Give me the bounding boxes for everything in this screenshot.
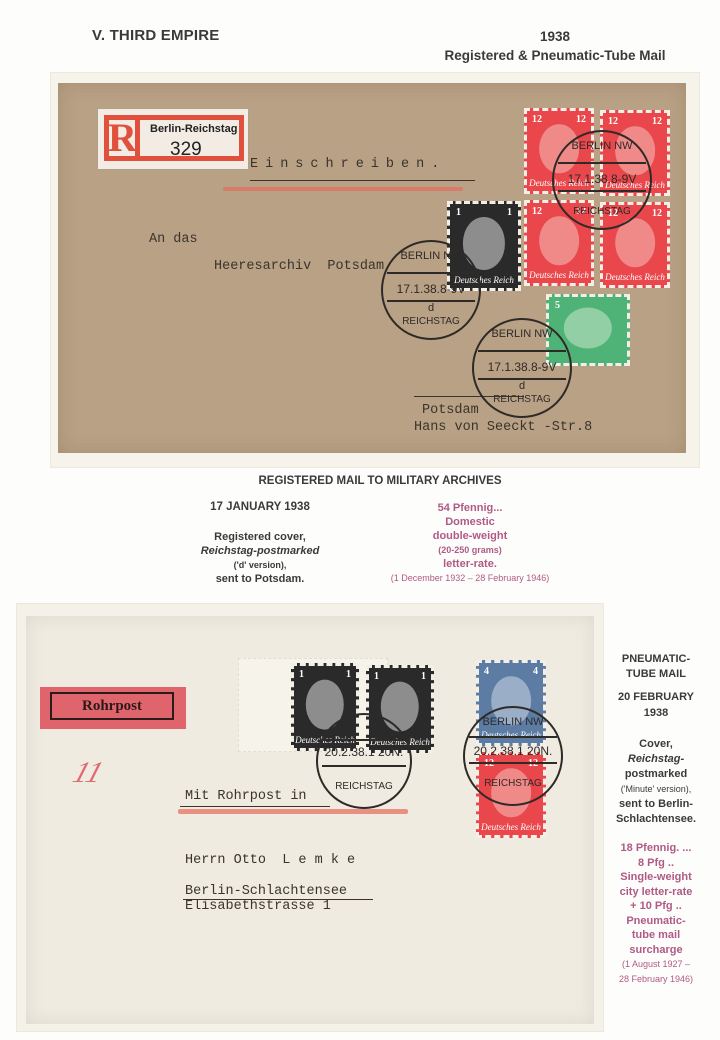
address-line-3: Elisabethstrasse 1: [185, 899, 331, 914]
registration-label: R Berlin-Reichstag 329: [98, 109, 248, 169]
service-einschreiben: Einschreiben.: [250, 157, 446, 172]
postmark-reichstag: BERLIN NW 17.1.38.8-9V d REICHSTAG: [472, 318, 572, 418]
registration-office: Berlin-Reichstag: [150, 123, 237, 135]
caption1-description: Registered cover, Reichstag-postmarked (…: [180, 530, 340, 586]
postmark-reichstag: BERLIN NW 20.2.38.1 20N. REICHSTAG: [463, 706, 563, 806]
postmark-reichstag: 20.2.38.1 20N. REICHSTAG: [316, 713, 412, 809]
caption2-rate: 18 Pfennig. ... 8 Pfg .. Single-weight c…: [600, 841, 712, 986]
rohrpost-text: Rohrpost: [50, 692, 174, 720]
section-title: V. THIRD EMPIRE: [92, 27, 219, 44]
address-line-1: An das: [149, 232, 198, 247]
caption1-date: 17 JANUARY 1938: [190, 501, 330, 513]
caption1-title: REGISTERED MAIL TO MILITARY ARCHIVES: [180, 475, 580, 487]
service-rohrpost: Mit Rohrpost in: [185, 789, 307, 804]
red-crayon-underline: [223, 187, 463, 191]
address-line-2: Heeresarchiv Potsdam: [214, 259, 384, 274]
postmark-reichstag: BERLIN NW 17.1.38.8-9V REICHSTAG: [552, 130, 652, 230]
year-heading: 1938: [420, 27, 690, 46]
underline: [180, 806, 330, 807]
caption2-date: 20 FEBRUARY 1938: [600, 689, 712, 721]
registration-letter: R: [108, 114, 137, 162]
address-line-1: Herrn Otto L e m k e: [185, 853, 355, 868]
registration-number: 329: [170, 139, 202, 161]
caption1-rate: 54 Pfennig... Domestic double-weight (20…: [360, 501, 580, 585]
subtitle-heading: Registered & Pneumatic-Tube Mail: [420, 46, 690, 65]
address-line-2: Berlin-Schlachtensee: [185, 884, 347, 899]
red-crayon-underline: [178, 809, 408, 814]
postmark-reichstag: BERLIN NW 17.1.38.8-9V d REICHSTAG: [381, 240, 481, 340]
address-line-4: Hans von Seeckt -Str.8: [414, 420, 592, 435]
underline: [250, 180, 475, 181]
page-heading: 1938 Registered & Pneumatic-Tube Mail: [420, 27, 690, 65]
caption2-description: Cover, Reichstag- postmarked ('Minute' v…: [600, 737, 712, 827]
rohrpost-label: Rohrpost: [40, 687, 186, 729]
caption2-title: PNEUMATIC- TUBE MAIL: [600, 652, 712, 682]
address-line-3: Potsdam: [422, 403, 479, 418]
